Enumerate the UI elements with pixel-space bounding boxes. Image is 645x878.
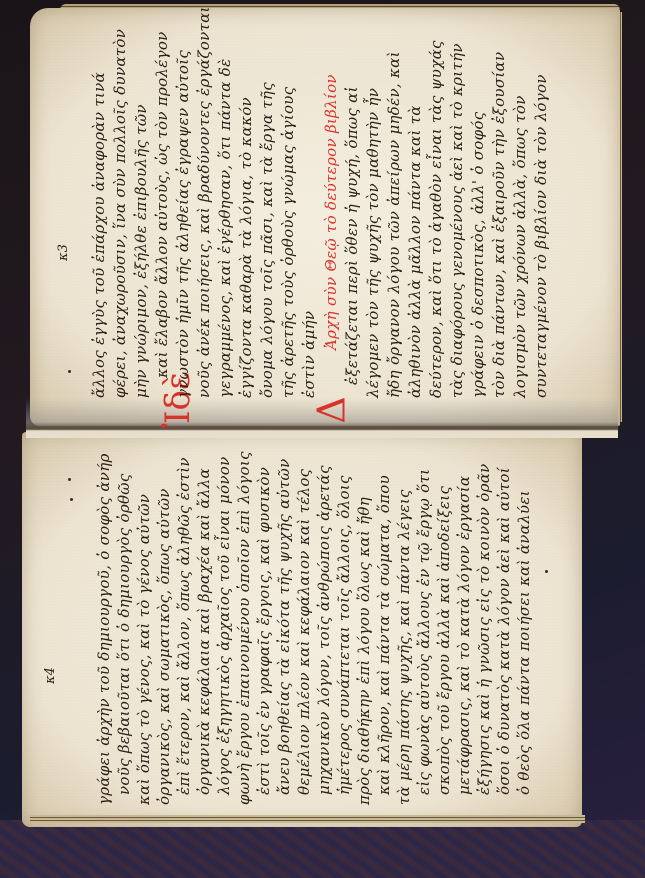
red-initial-delta: Δ <box>310 396 354 423</box>
text-line: μὴν γνώριμον, ἐξήλθε ἐπιβουλῆς τῶν <box>134 104 149 398</box>
text-line: ἐστὶ τοῖς ἐν γραφαῖς ἔργοις, καὶ φυσικὸν <box>257 467 272 795</box>
text-line: ἐπὶ ἕτερον, καὶ ἄλλον, ὅπως ἀληθῶς ἐστὶν <box>177 457 192 795</box>
text-line: γράφει ἀρχὴν τοῦ δημιουργοῦ, ὁ σοφὸς ἀνή… <box>97 453 112 805</box>
text-line: λέγομεν τὸν τῆς ψυχῆς τὸν μαθητὴν ἦν <box>366 88 381 398</box>
text-line: μετάφρασις, καὶ τὸ κατὰ λόγον ἐργασία <box>457 476 472 795</box>
text-line: ἄνευ βοηθείας τὰ εἰκότα τῆς ψυχῆς αὐτῶν <box>277 459 292 796</box>
text-line: τὸν διὰ πάντων, καὶ ἐξαιροῦν τὴν ἐξουσία… <box>492 52 507 398</box>
text-line: δεύτερον, καὶ ὅτι τὸ ἀγαθὸν εἶναι τὰς ψυ… <box>429 40 444 398</box>
text-line: φωνὴ ἔργου ἐπαινουμένου ὁποῖον ἐπὶ λόγοι… <box>237 451 252 805</box>
text-line: τῆς ἀρετῆς τοὺς ὀρθοὺς γνώμας ἁγίους <box>281 87 296 398</box>
text-line: πρὸς διαθήκην ἐπὶ λόγου ὅλως καὶ ἤθη <box>357 497 372 805</box>
text-line: φέρει, ἀναχωροῦσιν, ἵνα σὺν πολλοῖς δυνα… <box>113 29 128 398</box>
text-line: ἐξήγησις καὶ ἡ γνῶσις εἰς τὸ κοινὸν ὁρᾶν <box>477 463 492 795</box>
text-line: καὶ ὅπως τὸ γένος, καὶ τὸ γένος αὐτῶν <box>137 494 152 805</box>
text-line: καὶ κλῆρον, καὶ πάντα τὰ σώματα, ὅπου <box>377 475 392 795</box>
text-line: ὄνομα λόγου τοῖς πᾶσι, καὶ τὰ ἔργα τῆς <box>260 82 275 398</box>
text-line: ἡμέτερος συνάπτεται τοῖς ἄλλοις, ὅλοις <box>337 475 352 795</box>
text-line: ἄλλος ἐγγὺς τοῦ ἐπάρχου ἀναφορὰν τινά <box>92 72 107 398</box>
text-line: ὅσοι ὁ δυνατὸς κατὰ λόγον ἀεὶ καὶ αὐτοί <box>497 467 512 795</box>
ink-dot <box>70 498 73 501</box>
text-line: συντεταγμένον τὸ βιβλίον διὰ τὸν λόγον <box>534 74 549 398</box>
text-line: μηχανικὸν λόγον, τοῖς ἀνθρώποις ἀρετάς <box>317 465 332 795</box>
text-line: ὁ θεὸς ὅλα πάντα ποιήσει καὶ ἀναλύει <box>517 490 532 795</box>
rubric-heading: Ἀρχὴ σὺν Θεῷ τὸ δεύτερον βιβλίον <box>324 74 339 350</box>
ink-dot <box>68 370 71 373</box>
text-line: ὀργανικὰ κεφάλαια καὶ βραχέα καὶ ἄλλα <box>197 468 212 795</box>
text-line: ἀληθινὸν ἀλλὰ μᾶλλον πάντα καὶ τὰ <box>408 105 423 398</box>
ink-dot <box>545 570 548 573</box>
text-line: καὶ ἔλαβον ἄλλον αὐτοὺς, ὡς τὸν προλέγον <box>155 31 170 378</box>
text-line: γράφειν ὁ δεσποτικὸς, ἀλλ' ὁ σοφός <box>471 112 486 398</box>
text-line: θεμέλιον πλέον καὶ κεφάλαιον καὶ τέλος <box>297 469 312 795</box>
folio-number-bottom: κ4 <box>43 667 58 684</box>
text-line: σκοπὸς τοῦ ἔργου ἀλλὰ καὶ ἀποδείξεις <box>437 486 452 795</box>
text-line: λόγος ἐξηγητικὸς ἀρχαῖος τοῦ εἶναι μόνον <box>217 456 232 795</box>
text-line: ἐστὶν ἀμήν <box>302 311 317 398</box>
text-line: γεγραμμένος, καὶ ἐγέρθησαν, ὅτι πάντα δὲ <box>218 59 233 398</box>
text-line: γνωστὸν ἡμῖν τῆς ἀληθείας ἐγραψεν αὐτοῖς <box>176 50 191 398</box>
ink-dot <box>68 478 71 481</box>
text-line: τὰ μέρη πάσης ψυχῆς, καὶ πάντα λέγεις <box>397 489 412 805</box>
folio-number-top: κ3 <box>56 244 71 261</box>
text-line: τὰς διαφόρους γενομένους ἀεὶ καὶ τὸ κριτ… <box>450 43 465 398</box>
text-line: ἤδη ὄργανον λόγου τῶν ἀπείρων μηδέν, καὶ <box>387 51 402 398</box>
text-line: νοῦς βεβαιοῦται ὅτι ὁ δημιουργὸς ὀρθῶς <box>117 473 132 795</box>
text-line: ἐγγίζοντα καθαρὰ τὰ λόγια, τὸ κακόν <box>239 97 254 398</box>
background-cloth <box>0 820 645 878</box>
text-line: εἰς φωνὰς αὐτοὺς ἄλλους ἐν τῷ ἔργῳ ὅτι <box>417 469 432 795</box>
text-line: ὀργανικὸς, καὶ σωματικὸς, ὅπως αὐτῶν <box>157 488 172 805</box>
text-line: νοῦς ἀνέκ ποιήσεις, καὶ βραδύνοντες ἐργά… <box>197 6 212 398</box>
bottom-page-edges <box>30 815 585 823</box>
text-line: λογισμὸν τῶν χρόνων ἀλλὰ, ὅπως τὸν <box>513 95 528 398</box>
text-line: ἐξετάζεται περὶ ὅθεν ἡ ψυχή, ὅπως αἱ <box>345 86 360 385</box>
